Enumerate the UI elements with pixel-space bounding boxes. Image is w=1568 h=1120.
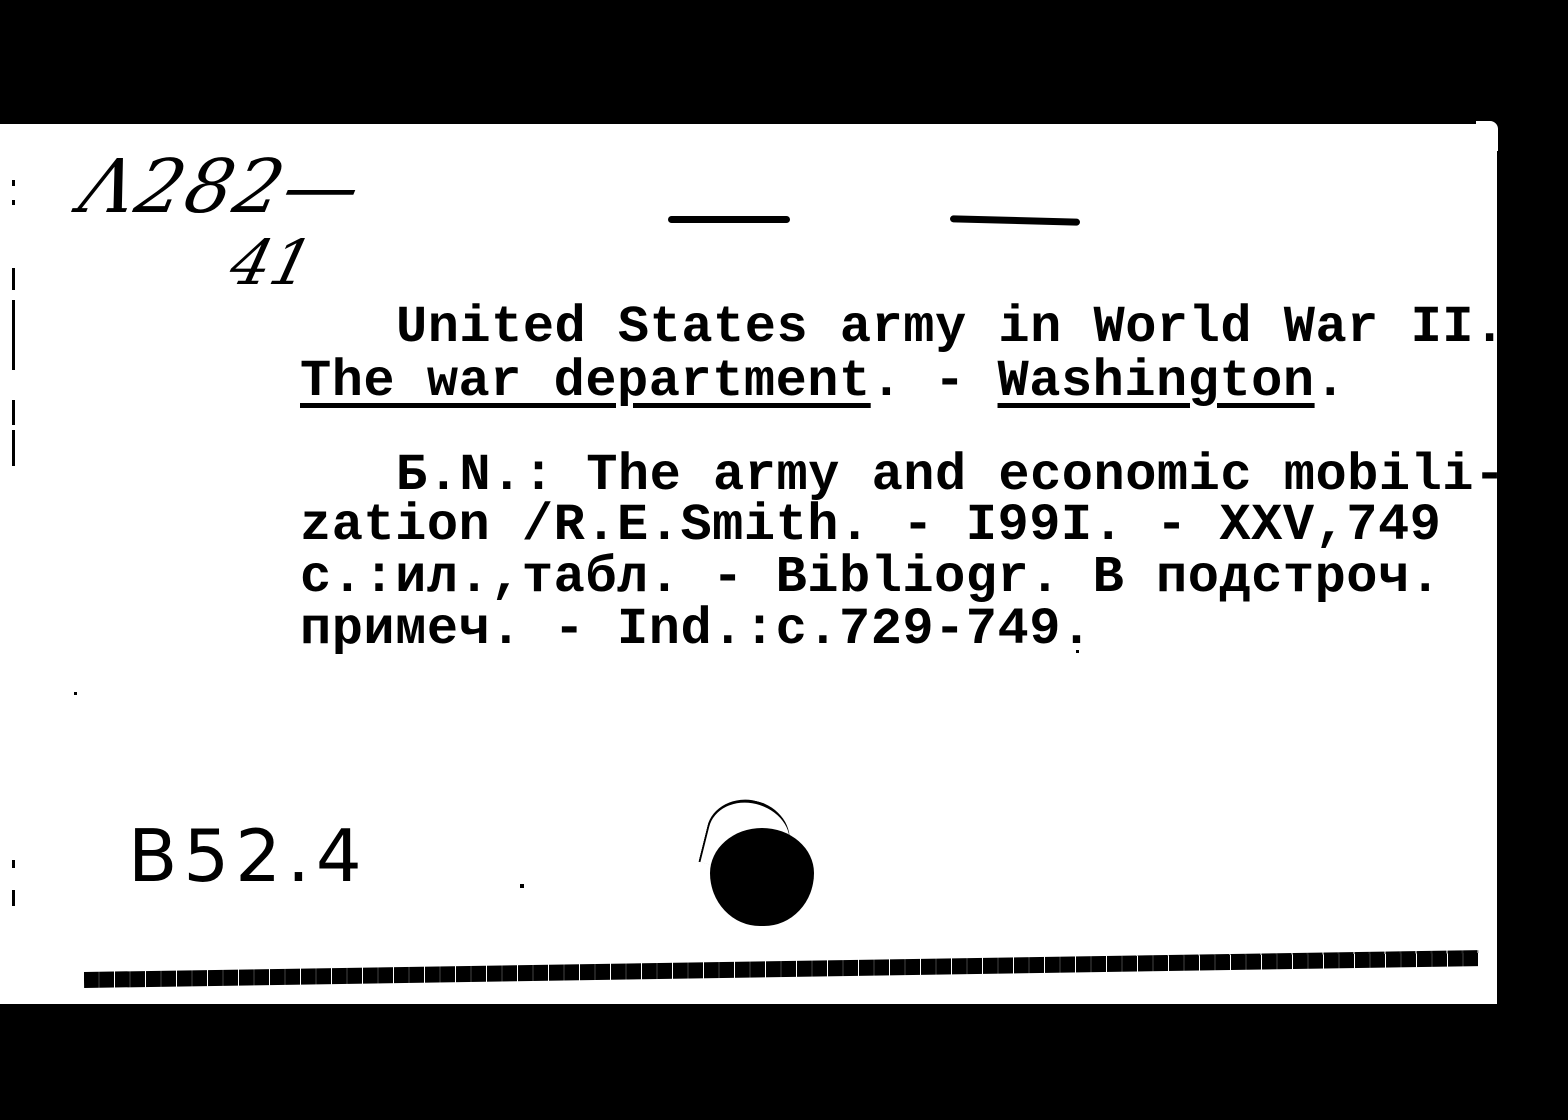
entry-line-3: с.:ил.,табл. - Bibliogr. В подстроч. xyxy=(300,552,1441,604)
heading-dash-1 xyxy=(668,216,790,223)
accession-number-line-1: Λ282— xyxy=(74,150,368,224)
scan-speck xyxy=(520,884,524,888)
margin-scan-marks xyxy=(12,160,20,960)
entry-line-4: примеч. - Ind.:c.729-749. xyxy=(300,604,1093,656)
subseries-separator: . - xyxy=(871,352,998,411)
card-corner xyxy=(1476,121,1498,151)
subseries-end: . xyxy=(1315,352,1347,411)
subseries-line: The war department. - Washington. xyxy=(300,356,1346,408)
scan-speck xyxy=(1076,650,1079,653)
scan-speck xyxy=(74,692,77,695)
punch-hole xyxy=(710,828,814,926)
accession-number-line-2: 41 xyxy=(224,232,318,294)
publication-place: Washington xyxy=(998,352,1315,411)
shelfmark: B52.4 xyxy=(128,820,368,892)
subseries-title: The war department xyxy=(300,352,871,411)
series-title: United States army in World War II. xyxy=(396,302,1506,354)
entry-line-2: zation /R.E.Smith. - I99I. - XXV,749 xyxy=(300,500,1441,552)
entry-line-1: Б.N.: The army and economic mobili- xyxy=(396,450,1506,502)
